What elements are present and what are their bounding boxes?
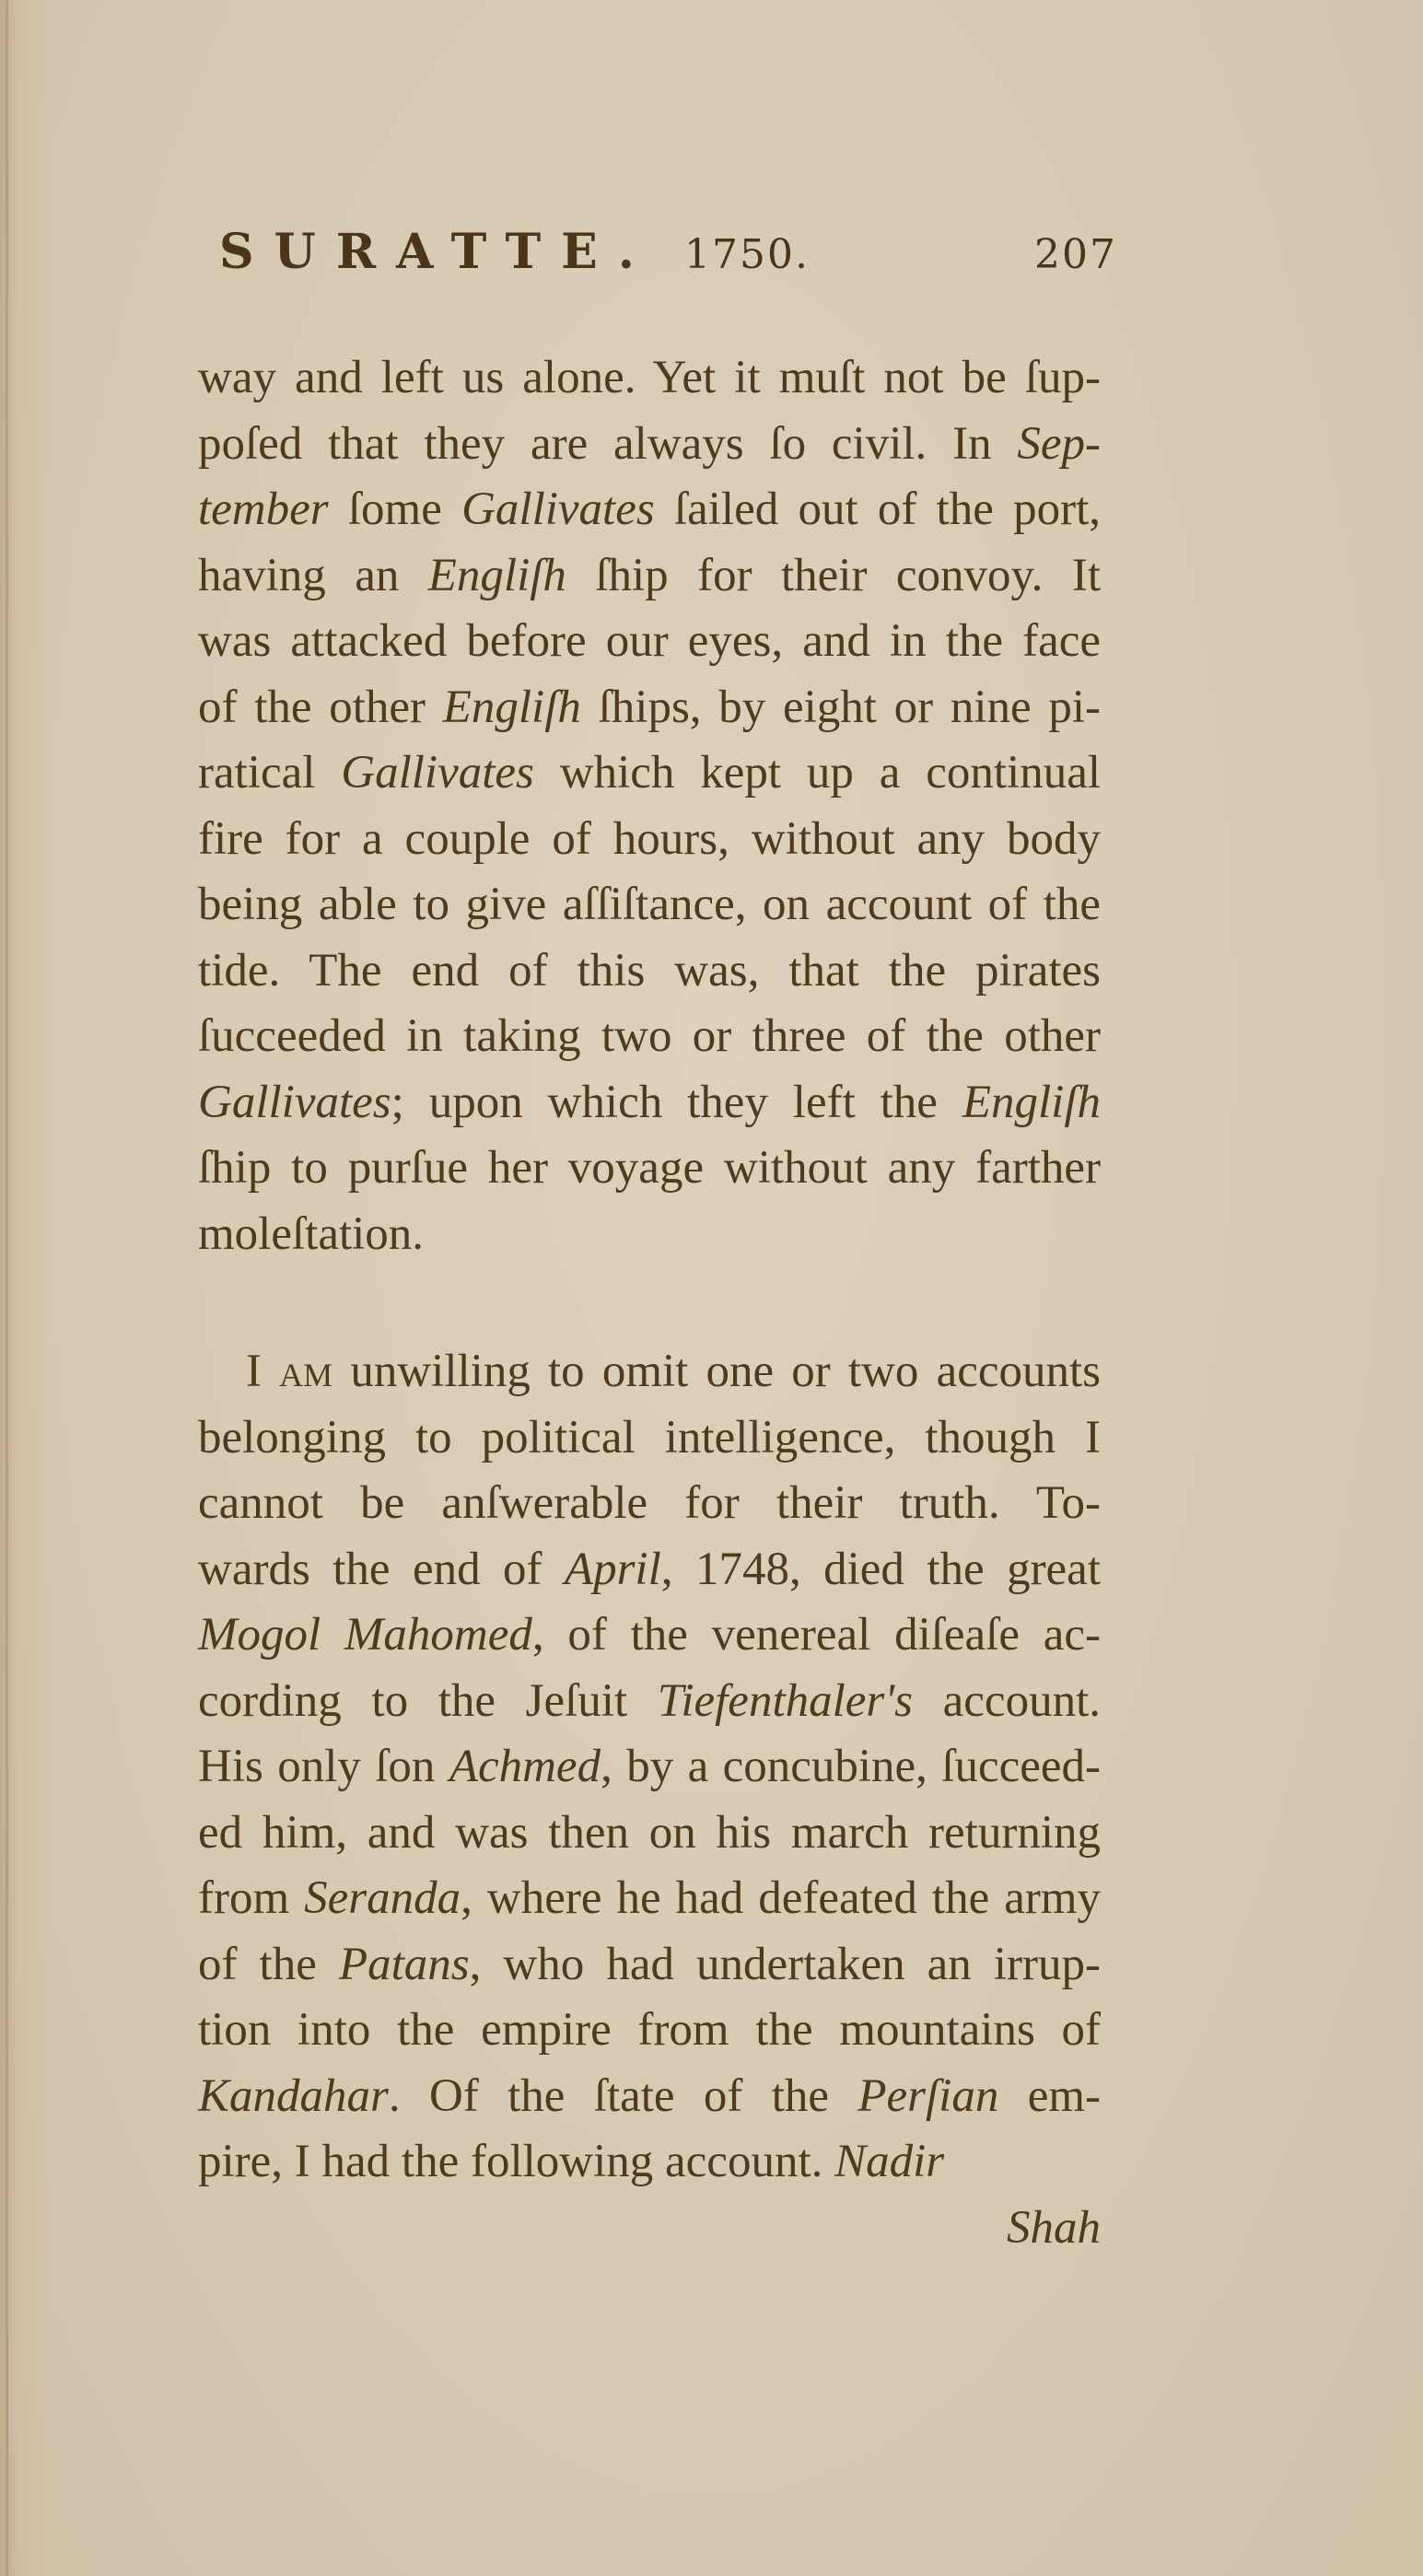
text-line: wards the end of April, 1748, died the g…: [198, 1537, 1101, 1603]
italic-text: Perſian: [857, 2070, 998, 2122]
text-run: from: [198, 1872, 304, 1924]
text-run: unwilling to omit one or two accounts: [332, 1346, 1101, 1397]
text-run: cording to the Jeſuit: [198, 1675, 658, 1727]
text-line: of the Patans, who had undertaken an irr…: [198, 1932, 1101, 1999]
text-run: pire, I had the following account.: [198, 2136, 834, 2187]
italic-text: Achmed: [449, 1741, 601, 1792]
text-line: ratical Gallivates which kept up a conti…: [198, 740, 1101, 807]
text-run: wards the end of: [198, 1544, 565, 1595]
text-run: . Of the ſtate of the: [389, 2070, 858, 2122]
text-line: was attacked before our eyes, and in the…: [198, 609, 1101, 675]
paragraph-1: way and left us alone. Yet it muſt not b…: [198, 345, 1101, 1267]
text-run: , of the venereal diſeaſe ac-: [532, 1609, 1101, 1661]
italic-text: April: [565, 1544, 661, 1595]
text-run: poſed that they are always ſo civil. In: [198, 418, 1017, 470]
text-run: fire for a couple of hours, without any …: [198, 813, 1101, 865]
italic-text: Sep-: [1017, 418, 1101, 470]
page-number: 207: [1034, 231, 1117, 278]
page-gutter-edge: [6, 0, 8, 2576]
text-run: I: [246, 1346, 279, 1397]
running-year: 1750.: [684, 231, 810, 278]
text-line: ſhip to purſue her voyage without any fa…: [198, 1136, 1101, 1202]
text-line: moleſtation.: [198, 1202, 1101, 1268]
italic-text: Gallivates: [341, 747, 534, 798]
text-line: fire for a couple of hours, without any …: [198, 807, 1101, 873]
text-line: pire, I had the following account. Nadir: [198, 2129, 1101, 2196]
italic-text: Gallivates: [461, 484, 655, 535]
text-run: tion into the empire from the mountains …: [198, 2004, 1101, 2056]
italic-text: Engliſh: [428, 550, 566, 601]
running-title: SURATTE.: [219, 224, 655, 280]
text-line: being able to give aſſiſtance, on accoun…: [198, 872, 1101, 938]
text-line: from Seranda, where he had defeated the …: [198, 1866, 1101, 1932]
running-header: SURATTE. 1750. 207: [219, 224, 1131, 297]
text-run: ſailed out of the port,: [655, 484, 1101, 535]
text-line: cannot be anſwerable for their truth. To…: [198, 1471, 1101, 1537]
text-line: Mogol Mahomed, of the venereal diſeaſe a…: [198, 1603, 1101, 1669]
text-run: ; upon which they left the: [391, 1077, 962, 1128]
text-run: way and left us alone. Yet it muſt not b…: [198, 352, 1101, 403]
italic-text: Engliſh: [443, 682, 581, 733]
text-run: , where he had defeated the army: [461, 1872, 1101, 1924]
text-line: tide. The end of this was, that the pira…: [198, 938, 1101, 1005]
text-line: of the other Engliſh ſhips, by eight or …: [198, 675, 1101, 741]
italic-text: Tiefenthaler's: [658, 1675, 913, 1727]
italic-text: Gallivates: [198, 1077, 391, 1128]
italic-text: tember: [198, 484, 329, 535]
paragraph-2: I am unwilling to omit one or two accoun…: [198, 1339, 1101, 2196]
text-run: , 1748, died the great: [661, 1544, 1101, 1595]
text-run: of the: [198, 1939, 339, 1990]
italic-text: Kandahar: [198, 2070, 389, 2122]
text-line: Gallivates; upon which they left the Eng…: [198, 1070, 1101, 1136]
text-line: ſucceeded in taking two or three of the …: [198, 1004, 1101, 1070]
catchword: Shah: [198, 2196, 1101, 2262]
text-run: moleſtation.: [198, 1208, 424, 1260]
body-text: way and left us alone. Yet it muſt not b…: [198, 345, 1101, 2261]
text-line: poſed that they are always ſo civil. In …: [198, 412, 1101, 478]
text-run: His only ſon: [198, 1741, 449, 1792]
text-line: tember ſome Gallivates ſailed out of the…: [198, 477, 1101, 543]
italic-text: Patans: [339, 1939, 470, 1990]
text-run: was attacked before our eyes, and in the…: [198, 615, 1101, 667]
text-line: ed him, and was then on his march return…: [198, 1801, 1101, 1867]
italic-text: Seranda: [304, 1872, 461, 1924]
book-page: SURATTE. 1750. 207 way and left us alone…: [0, 0, 1423, 2576]
text-run: ed him, and was then on his march return…: [198, 1807, 1101, 1859]
italic-text: Nadir: [834, 2136, 944, 2187]
text-line: way and left us alone. Yet it muſt not b…: [198, 345, 1101, 412]
text-run: which kept up a continual: [534, 747, 1101, 798]
text-run: being able to give aſſiſtance, on accoun…: [198, 879, 1101, 930]
text-run: , by a concubine, ſucceed-: [601, 1741, 1101, 1792]
text-line: I am unwilling to omit one or two accoun…: [198, 1339, 1101, 1405]
text-run: account.: [913, 1675, 1101, 1727]
small-caps-text: am: [279, 1346, 332, 1397]
text-run: , who had undertaken an irrup-: [470, 1939, 1101, 1990]
italic-text: Engliſh: [962, 1077, 1101, 1128]
text-line: Kandahar. Of the ſtate of the Perſian em…: [198, 2064, 1101, 2130]
text-run: ſhip for their convoy. It: [566, 550, 1101, 601]
text-run: belonging to political intelligence, tho…: [198, 1412, 1101, 1463]
text-line: belonging to political intelligence, tho…: [198, 1405, 1101, 1472]
text-run: ſhips, by eight or nine pi-: [581, 682, 1101, 733]
text-line: tion into the empire from the mountains …: [198, 1998, 1101, 2064]
text-run: ſucceeded in taking two or three of the …: [198, 1010, 1101, 1062]
text-line: having an Engliſh ſhip for their convoy.…: [198, 543, 1101, 610]
text-run: ſome: [329, 484, 461, 535]
text-run: of the other: [198, 682, 443, 733]
text-line: His only ſon Achmed, by a concubine, ſuc…: [198, 1734, 1101, 1801]
italic-text: Mogol Mahomed: [198, 1609, 532, 1661]
text-line: cording to the Jeſuit Tiefenthaler's acc…: [198, 1669, 1101, 1735]
text-run: em-: [998, 2070, 1101, 2122]
text-run: tide. The end of this was, that the pira…: [198, 945, 1101, 997]
text-run: ratical: [198, 747, 341, 798]
text-run: cannot be anſwerable for their truth. To…: [198, 1477, 1101, 1529]
paragraph-gap: [198, 1267, 1101, 1339]
text-run: ſhip to purſue her voyage without any fa…: [198, 1142, 1101, 1194]
text-run: having an: [198, 550, 428, 601]
